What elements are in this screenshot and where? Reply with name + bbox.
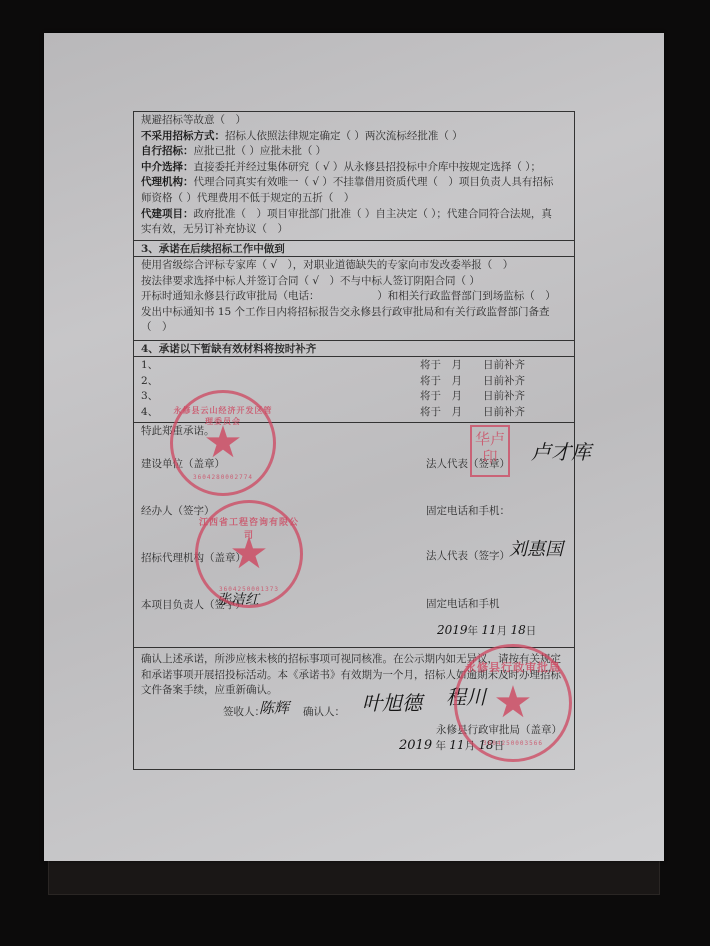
star-icon: ★ [203,421,242,465]
confirmer-label: 确认人： [303,705,345,721]
form-line: 师资格（ ）代理费用不低于规定的五折（ ） [141,191,567,207]
authority-official-seal: 永修县行政审批局 ★ 3604250003566 [454,644,572,762]
bidding-method-section: 规避招标等故意（ ） 不采用招标方式：招标人依照法律规定确定（ ）两次流标经批准… [134,112,574,241]
personal-square-seal: 华卢印 [470,425,510,477]
phone-label: 固定电话和手机： [426,504,510,520]
form-line: （ ） [141,320,567,336]
form-line: 自行招标：应批已批（ ）应批未批（ ） [141,144,567,160]
confirmer-signature: 叶旭德 [362,696,422,712]
form-line: 中介选择：直接委托并经过集体研究（ √ ）从永修县招投标中介库中按规定选择（ ）… [141,160,567,176]
legal-rep-sign-label: 法人代表（签字） [426,549,510,565]
form-line: 代理机构：代理合同真实有效唯一（ √ ）不挂靠借用资质代理（ ）项目负责人具有招… [141,175,567,191]
form-line: 不采用招标方式：招标人依照法律规定确定（ ）两次流标经批准（ ） [141,129,567,145]
form-line: 按法律要求选择中标人并签订合同（ √ ）不与中标人签订阴阳合同（ ） [141,274,567,290]
missing-material-row: 1、将于 月 日前补齐 [141,358,567,374]
signature-date: 2019年 11月 18日 [437,623,536,640]
builder-official-seal: 永修县云山经济开发区管理委员会 ★ 3604280002774 [170,390,276,496]
legal-rep-signature: 卢才库 [531,445,591,461]
agency-official-seal: 江西省工程咨询有限公司 ★ 3604250001373 [195,500,303,608]
section-3-body: 使用省级综合评标专家库（ √ ），对职业道德缺失的专家向市发改委举报（ ） 按法… [134,257,574,341]
missing-material-row: 2、将于 月 日前补齐 [141,374,567,390]
receiver-signature: 陈辉 [259,701,289,717]
section-3-heading: 3、承诺在后续招标工作中做到 [134,241,574,257]
legal-rep-signature-2: 刘惠国 [509,542,563,558]
star-icon: ★ [493,681,532,725]
form-line: 代建项目：政府批准（ ）项目审批部门批准（ ）自主决定（ ）；代建合同符合法规，… [141,207,567,223]
star-icon: ★ [229,532,268,576]
phone-label-2: 固定电话和手机 [426,597,500,613]
form-line: 发出中标通知书 15 个工作日内将招标报告交永修县行政审批局和有关行政监督部门备… [141,305,567,321]
form-line: 规避招标等故意（ ） [141,113,567,129]
form-line: 使用省级综合评标专家库（ √ ），对职业道德缺失的专家向市发改委举报（ ） [141,258,567,274]
form-line: 实有效，无另订补充协议（ ） [141,222,567,238]
desk-surface [48,855,660,895]
section-4-heading: 4、承诺以下暂缺有效材料将按时补齐 [134,341,574,357]
form-line: 开标时通知永修县行政审批局（电话： ）和相关行政监督部门到场监标（ ） [141,289,567,305]
